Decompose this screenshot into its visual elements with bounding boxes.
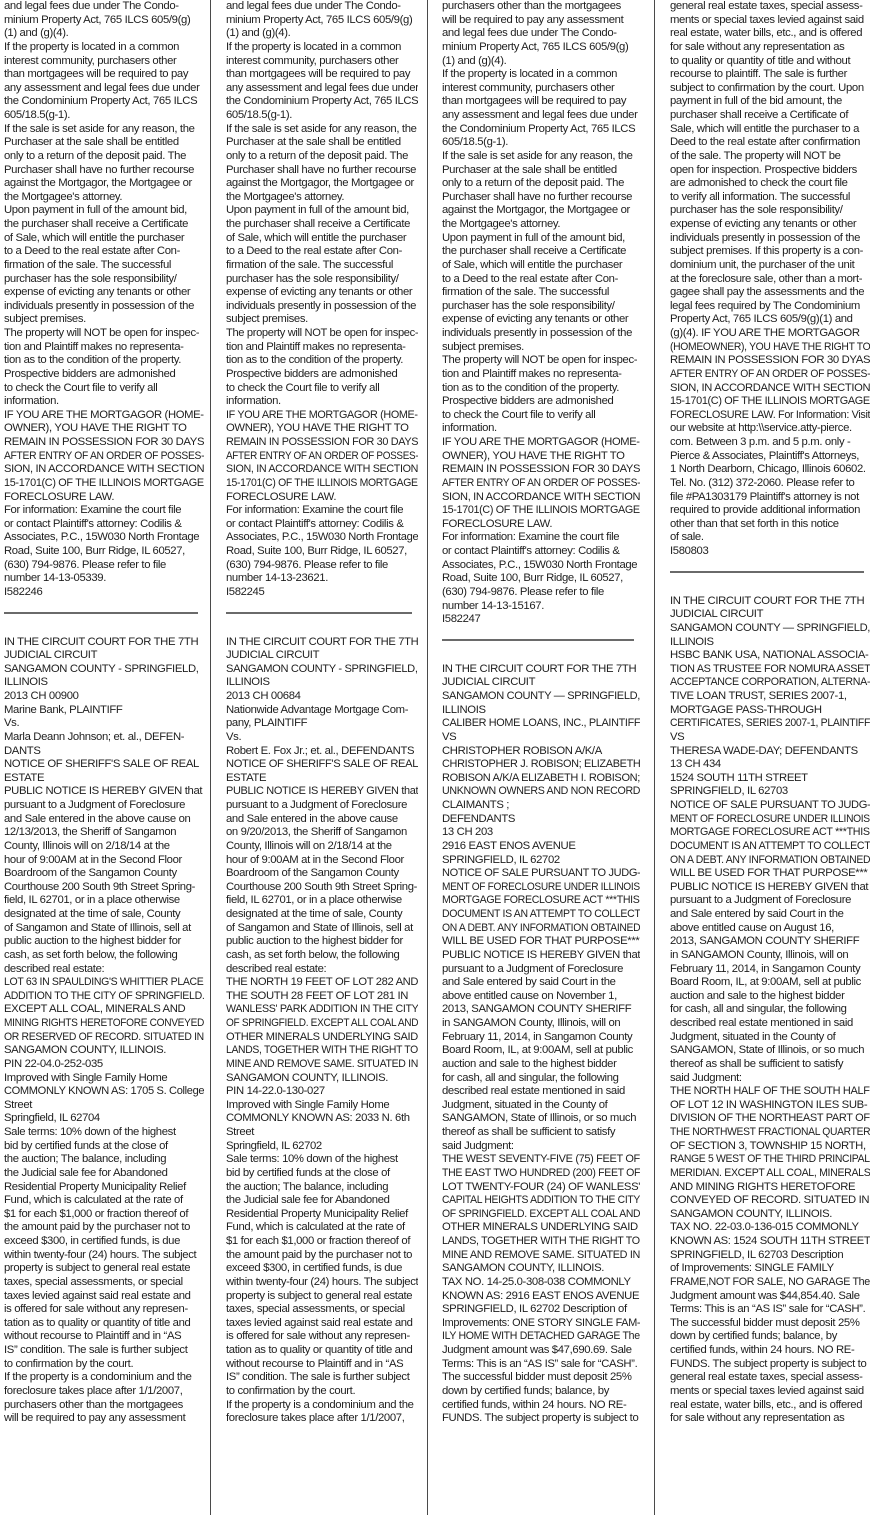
notice-text-line: MORTGAGE FORECLOSURE ACT ***THIS xyxy=(670,826,860,840)
notice-separator xyxy=(226,612,412,614)
legal-notice: IN THE CIRCUIT COURT FOR THE 7THJUDICIAL… xyxy=(4,636,204,1426)
notice-text-line: UNKNOWN OWNERS AND NON RECORD xyxy=(442,785,629,799)
notice-text-line: If the sale is set aside for any reason,… xyxy=(442,150,640,164)
notice-text-line: and legal fees due under The Condo- xyxy=(226,0,418,14)
notice-text-line: auction and sale to the highest bidder xyxy=(670,990,870,1004)
notice-text-line: If the sale is set aside for any reason,… xyxy=(4,123,204,137)
notice-text-line: $1 for each $1,000 or fraction thereof o… xyxy=(4,1208,204,1222)
notice-text-line: Sale terms: 10% down of the highest xyxy=(226,1153,418,1167)
notice-text-line: MORTGAGE PASS-THROUGH xyxy=(670,704,870,718)
notice-text-line: Judgment amount was $47,690.69. Sale xyxy=(442,1344,640,1358)
notice-text-line: or contact Plaintiff's attorney: Codilis… xyxy=(226,518,418,532)
notice-text-line: SION, IN ACCORDANCE WITH SECTION xyxy=(670,382,868,396)
notice-text-line: ON A DEBT. ANY INFORMATION OBTAINED xyxy=(670,854,855,868)
notice-text-line: field, IL 62701, or in a place otherwise xyxy=(4,894,204,908)
notice-text-line: CLAIMANTS ; xyxy=(442,799,640,813)
notice-text-line: pany, PLAINTIFF xyxy=(226,717,418,731)
notice-text-line: to verify all information. The successfu… xyxy=(670,191,870,205)
notice-text-line: FORECLOSURE LAW. xyxy=(442,518,640,532)
notice-text-line: If the property is located in a common xyxy=(226,41,418,55)
notice-text-line: KNOWN AS: 1524 SOUTH 11TH STREET xyxy=(670,1235,869,1249)
notice-text-line: Upon payment in full of the amount bid, xyxy=(226,204,418,218)
notice-text-line: FORECLOSURE LAW. For Information: Visit xyxy=(670,409,861,423)
notice-text-line: purchasers other than the mortgagees xyxy=(442,0,640,14)
notice-text-line: ments or special taxes levied against sa… xyxy=(670,14,870,28)
notice-text-line: file #PA1303179 Plaintiff's attorney is … xyxy=(670,491,870,505)
notice-text-line: OF SECTION 3, TOWNSHIP 15 NORTH, xyxy=(670,1140,870,1154)
notice-text-line: JUDICIAL CIRCUIT xyxy=(442,676,640,690)
column-4: general real estate taxes, special asses… xyxy=(670,0,870,1515)
notice-text-line: OR RESERVED OF RECORD. SITUATED IN xyxy=(4,1031,188,1045)
notice-text-line: DOCUMENT IS AN ATTEMPT TO COLLECT xyxy=(442,908,626,922)
notice-text-line: to confirmation by the court. xyxy=(4,1358,204,1372)
notice-text-line: minium Property Act, 765 ILCS 605/9(g) xyxy=(442,41,640,55)
notice-text-line: (630) 794-9876. Please refer to file xyxy=(442,586,640,600)
notice-text-line: said Judgment: xyxy=(670,1072,870,1086)
notice-text-line: purchaser has the sole responsibility/ xyxy=(670,204,870,218)
notice-text-line: SANGAMON COUNTY, ILLINOIS. xyxy=(4,1044,204,1058)
notice-text-line: dominium unit, the purchaser of the unit xyxy=(670,259,870,273)
notice-text-line: NOTICE OF SHERIFF'S SALE OF REAL xyxy=(4,758,204,772)
notice-text-line: above entitled cause on November 1, xyxy=(442,990,640,1004)
notice-text-line: FORECLOSURE LAW. xyxy=(226,491,418,505)
notice-text-line: Terms: This is an “AS IS” sale for “CASH… xyxy=(442,1358,640,1372)
notice-text-line: to a Deed to the real estate after Con- xyxy=(4,245,204,259)
notice-text-line: purchaser has the sole responsibility/ xyxy=(4,273,204,287)
notice-text-line: payment in full of the bid amount, the xyxy=(670,95,870,109)
notice-text-line: Residential Property Municipality Relief xyxy=(226,1208,418,1222)
notice-text-line: any assessment and legal fees due under xyxy=(4,82,204,96)
notice-text-line: the amount paid by the purchaser not to xyxy=(4,1221,204,1235)
notice-text-line: OWNER), YOU HAVE THE RIGHT TO xyxy=(4,422,204,436)
notice-text-line: the purchaser shall receive a Certificat… xyxy=(226,218,418,232)
notice-text-line: Vs. xyxy=(226,731,418,745)
notice-text-line: individuals presently in possession of t… xyxy=(442,327,640,341)
notice-text-line: JUDICIAL CIRCUIT xyxy=(670,608,870,622)
notice-text-line: thereof as shall be sufficient to satisf… xyxy=(670,1058,870,1072)
notice-text-line: taxes, special assessments, or special xyxy=(226,1303,418,1317)
notice-text-line: DOCUMENT IS AN ATTEMPT TO COLLECT xyxy=(670,840,858,854)
notice-text-line: Tel. No. (312) 372-2060. Please refer to xyxy=(670,477,870,491)
notice-text-line: OWNER), YOU HAVE THE RIGHT TO xyxy=(442,450,640,464)
notice-text-line: without recourse to Plaintiff and in “AS xyxy=(4,1330,204,1344)
notice-text-line: individuals presently in possession of t… xyxy=(4,300,204,314)
column-rule xyxy=(427,0,428,1515)
notice-text-line: tion as to the condition of the property… xyxy=(442,382,640,396)
notice-text-line: Prospective bidders are admonished xyxy=(4,368,204,382)
notice-text-line: County, Illinois will on 2/18/14 at the xyxy=(226,840,418,854)
notice-text-line: the Condominium Property Act, 765 ILCS xyxy=(442,123,640,137)
notice-text-line: LOT 63 IN SPAULDING'S WHITTIER PLACE xyxy=(4,976,190,990)
notice-text-line: WILL BE USED FOR THAT PURPOSE*** xyxy=(442,935,640,949)
notice-text-line: 13 CH 203 xyxy=(442,826,640,840)
notice-text-line: ILLINOIS xyxy=(4,676,204,690)
notice-text-line: ESTATE xyxy=(226,772,418,786)
notice-text-line: firmation of the sale. The successful xyxy=(442,286,640,300)
notice-text-line: firmation of the sale. The successful xyxy=(4,259,204,273)
notice-text-line: the purchaser shall receive a Certificat… xyxy=(442,245,640,259)
notice-text-line: MORTGAGE FORECLOSURE ACT ***THIS xyxy=(442,894,628,908)
notice-text-line: legal fees required by The Condominium xyxy=(670,300,870,314)
column-rule xyxy=(210,0,211,1515)
notice-text-line: Prospective bidders are admonished xyxy=(442,395,640,409)
notice-text-line: any assessment and legal fees due under xyxy=(442,109,640,123)
notice-text-line: subject premises. xyxy=(226,313,418,327)
notice-text-line: OF SPRINGFIELD. EXCEPT ALL COAL AND xyxy=(442,1208,624,1222)
notice-text-line: I582245 xyxy=(226,586,418,600)
notice-text-line: MERIDIAN. EXCEPT ALL COAL, MINERALS xyxy=(670,1167,857,1181)
notice-text-line: interest community, purchasers other xyxy=(226,55,418,69)
notice-text-line: NOTICE OF SALE PURSUANT TO JUDG- xyxy=(442,867,635,881)
notice-text-line: hour of 9:00AM at in the Second Floor xyxy=(226,854,418,868)
notice-text-line: AFTER ENTRY OF AN ORDER OF POSSES- xyxy=(4,450,187,464)
notice-text-line: tion and Plaintiff makes no representa- xyxy=(226,341,418,355)
notice-text-line: 2013, SANGAMON COUNTY SHERIFF xyxy=(670,935,870,949)
notice-text-line: of Sale, which will entitle the purchase… xyxy=(226,232,418,246)
notice-text-line: public auction to the highest bidder for xyxy=(4,935,204,949)
notice-text-line: SPRINGFIELD, IL 62702 Description of xyxy=(442,1303,640,1317)
notice-text-line: pursuant to a Judgment of Foreclosure xyxy=(670,894,870,908)
legal-notice: IN THE CIRCUIT COURT FOR THE 7THJUDICIAL… xyxy=(670,595,870,1426)
notice-text-line: purchasers other than the mortgagees xyxy=(4,1399,204,1413)
notice-separator xyxy=(4,612,198,614)
legal-notice-continued: general real estate taxes, special asses… xyxy=(670,0,870,559)
notice-text-line: individuals presently in possession of t… xyxy=(226,300,418,314)
notice-text-line: AFTER ENTRY OF AN ORDER OF POSSES- xyxy=(442,477,621,491)
notice-text-line: If the property is a condominium and the xyxy=(226,1399,418,1413)
notice-text-line: Road, Suite 100, Burr Ridge, IL 60527, xyxy=(226,545,418,559)
notice-text-line: against the Mortgagor, the Mortgagee or xyxy=(442,204,640,218)
notice-text-line: TION AS TRUSTEE FOR NOMURA ASSET xyxy=(670,663,862,677)
notice-text-line: individuals presently in possession of t… xyxy=(670,232,870,246)
notice-text-line: OF SPRINGFIELD. EXCEPT ALL COAL AND xyxy=(226,1017,397,1031)
notice-text-line: PUBLIC NOTICE IS HEREBY GIVEN that xyxy=(226,785,412,799)
notice-text-line: purchaser shall receive a Certificate of xyxy=(670,109,870,123)
notice-text-line: SPRINGFIELD, IL 62703 Description xyxy=(670,1249,870,1263)
notice-text-line: PUBLIC NOTICE IS HEREBY GIVEN that xyxy=(670,881,870,895)
notice-text-line: NOTICE OF SALE PURSUANT TO JUDG- xyxy=(670,799,867,813)
notice-text-line: I580803 xyxy=(670,545,870,559)
notice-text-line: FUNDS. The subject property is subject t… xyxy=(442,1412,640,1426)
notice-text-line: CAPITAL HEIGHTS ADDITION TO THE CITY xyxy=(442,1194,624,1208)
notice-text-line: the Mortgagee's attorney. xyxy=(4,191,204,205)
notice-text-line: tion as to the condition of the property… xyxy=(226,354,418,368)
notice-text-line: Associates, P.C., 15W030 North Frontage xyxy=(226,531,415,545)
notice-text-line: only to a return of the deposit paid. Th… xyxy=(226,150,418,164)
notice-text-line: and Sale entered by said Court in the xyxy=(442,976,640,990)
notice-text-line: ILLINOIS xyxy=(226,676,418,690)
notice-text-line: DANTS xyxy=(4,745,204,759)
notice-text-line: is offered for sale without any represen… xyxy=(226,1330,418,1344)
notice-text-line: 1524 SOUTH 11TH STREET xyxy=(670,772,870,786)
notice-text-line: SANGAMON COUNTY - SPRINGFIELD, xyxy=(4,663,204,677)
notice-text-line: IN THE CIRCUIT COURT FOR THE 7TH xyxy=(670,595,870,609)
notice-text-line: and legal fees due under The Condo- xyxy=(442,27,640,41)
notice-text-line: ILY HOME WITH DETACHED GARAGE The xyxy=(442,1330,627,1344)
notice-text-line: JUDICIAL CIRCUIT xyxy=(4,649,204,663)
notice-text-line: CERTIFICATES, SERIES 2007-1, PLAINTIFF xyxy=(670,717,855,731)
legal-notice: IN THE CIRCUIT COURT FOR THE 7THJUDICIAL… xyxy=(442,663,640,1426)
notice-text-line: for sale without any representation as xyxy=(670,41,870,55)
notice-text-line: the Condominium Property Act, 765 ILCS xyxy=(226,95,417,109)
notice-text-line: 15-1701(C) OF THE ILLINOIS MORTGAGE xyxy=(226,477,403,491)
notice-text-line: in SANGAMON County, Illinois, will on xyxy=(670,949,870,963)
notice-text-line: MINING RIGHTS HERETOFORE CONVEYED xyxy=(4,1017,183,1031)
notice-text-line: taxes, special assessments, or special xyxy=(4,1276,204,1290)
notice-text-line: 2013 CH 00684 xyxy=(226,690,418,704)
notice-text-line: for sale without any representation as xyxy=(670,1412,870,1426)
notice-text-line: within twenty-four (24) hours. The subje… xyxy=(4,1249,204,1263)
notice-text-line: THE NORTH HALF OF THE SOUTH HALF xyxy=(670,1085,864,1099)
notice-text-line: any assessment and legal fees due under xyxy=(226,82,415,96)
notice-text-line: LANDS, TOGETHER WITH THE RIGHT TO xyxy=(226,1044,402,1058)
notice-text-line: OTHER MINERALS UNDERLYING SAID xyxy=(442,1221,640,1235)
notice-text-line: property is subject to general real esta… xyxy=(226,1290,418,1304)
notice-text-line: ROBISON A/K/A ELIZABETH I. ROBISON; xyxy=(442,772,635,786)
notice-text-line: County, Illinois will on 2/18/14 at the xyxy=(4,840,204,854)
notice-text-line: bid by certified funds at the close of xyxy=(4,1140,204,1154)
notice-text-line: tion and Plaintiff makes no representa- xyxy=(442,368,640,382)
notice-text-line: subject premises. xyxy=(4,313,204,327)
notice-text-line: Purchaser shall have no further recourse xyxy=(442,191,640,205)
notice-text-line: are admonished to check the court file xyxy=(670,177,870,191)
notice-text-line: of the sale. The property will NOT be xyxy=(670,150,870,164)
notice-text-line: pursuant to a Judgment of Foreclosure xyxy=(442,963,640,977)
notice-text-line: or contact Plaintiff's attorney: Codilis… xyxy=(442,545,640,559)
notice-text-line: SANGAMON COUNTY, ILLINOIS. xyxy=(226,1072,418,1086)
notice-text-line: against the Mortgagor, the Mortgagee or xyxy=(4,177,204,191)
notice-text-line: information. xyxy=(226,395,418,409)
notice-text-line: SION, IN ACCORDANCE WITH SECTION xyxy=(442,491,636,505)
notice-text-line: against the Mortgagor, the Mortgagee or xyxy=(226,177,418,191)
notice-text-line: Springfield, IL 62702 xyxy=(226,1140,418,1154)
notice-text-line: Purchaser at the sale shall be entitled xyxy=(4,136,204,150)
notice-text-line: Springfield, IL 62704 xyxy=(4,1112,204,1126)
notice-text-line: at the foreclosure sale, other than a mo… xyxy=(670,273,870,287)
notice-text-line: Deed to the real estate after confirmati… xyxy=(670,136,870,150)
notice-text-line: IN THE CIRCUIT COURT FOR THE 7TH xyxy=(442,663,640,677)
notice-separator xyxy=(670,571,864,573)
notice-text-line: described real estate mentioned in said xyxy=(442,1085,640,1099)
notice-text-line: the auction; The balance, including xyxy=(4,1153,204,1167)
notice-text-line: 13 CH 434 xyxy=(670,758,870,772)
notice-text-line: field, IL 62701, or in a place otherwise xyxy=(226,894,418,908)
notice-text-line: AND MINING RIGHTS HERETOFORE xyxy=(670,1181,870,1195)
legal-notice-continued: and legal fees due under The Condo-miniu… xyxy=(226,0,418,600)
notice-text-line: THE EAST TWO HUNDRED (200) FEET OF xyxy=(442,1167,627,1181)
notice-text-line: THE NORTH 19 FEET OF LOT 282 AND xyxy=(226,976,416,990)
notice-text-line: IF YOU ARE THE MORTGAGOR (HOME- xyxy=(226,409,409,423)
notice-text-line: Upon payment in full of the amount bid, xyxy=(4,204,204,218)
notice-text-line: Judgment, situated in the County of xyxy=(670,1031,870,1045)
notice-text-line: of Sale, which will entitle the purchase… xyxy=(442,259,640,273)
notice-text-line: tation as to quality or quantity of titl… xyxy=(226,1344,418,1358)
notice-text-line: and Sale entered in the above cause xyxy=(226,813,418,827)
notice-text-line: ADDITION TO THE CITY OF SPRINGFIELD. xyxy=(4,990,191,1004)
notice-text-line: described real estate: xyxy=(4,963,204,977)
notice-text-line: subject premises. If this property is a … xyxy=(670,245,870,259)
notice-text-line: If the property is located in a common xyxy=(4,41,204,55)
notice-text-line: Improved with Single Family Home xyxy=(226,1099,418,1113)
notice-text-line: Fund, which is calculated at the rate of xyxy=(4,1194,204,1208)
notice-text-line: subject premises. xyxy=(442,341,640,355)
notice-separator xyxy=(442,639,634,641)
notice-text-line: IF YOU ARE THE MORTGAGOR (HOME- xyxy=(4,409,203,423)
notice-text-line: TAX NO. 22-03.0-136-015 COMMONLY xyxy=(670,1221,870,1235)
notice-text-line: REMAIN IN POSSESSION FOR 30 DAYS xyxy=(4,436,204,450)
notice-text-line: to a Deed to the real estate after Con- xyxy=(226,245,418,259)
notice-text-line: and legal fees due under The Condo- xyxy=(4,0,204,14)
notice-text-line: public auction to the highest bidder for xyxy=(226,935,418,949)
notice-text-line: FUNDS. The subject property is subject t… xyxy=(670,1358,870,1372)
notice-text-line: the Judicial sale fee for Abandoned xyxy=(4,1167,204,1181)
notice-text-line: Purchaser shall have no further recourse xyxy=(4,164,204,178)
notice-text-line: KNOWN AS: 2916 EAST ENOS AVENUE xyxy=(442,1290,640,1304)
notice-text-line: the Condominium Property Act, 765 ILCS xyxy=(4,95,204,109)
notice-text-line: foreclosure takes place after 1/1/2007, xyxy=(226,1412,418,1426)
notice-text-line: the Mortgagee's attorney. xyxy=(226,191,418,205)
notice-text-line: Sale, which will entitle the purchaser t… xyxy=(670,123,870,137)
notice-text-line: 605/18.5(g-1). xyxy=(4,109,204,123)
column-rule xyxy=(654,0,655,1515)
legal-notice: IN THE CIRCUIT COURT FOR THE 7THJUDICIAL… xyxy=(226,636,418,1426)
notice-text-line: CALIBER HOME LOANS, INC., PLAINTIFF xyxy=(442,717,632,731)
notice-text-line: THE NORTHWEST FRACTIONAL QUARTER xyxy=(670,1126,853,1140)
notice-text-line: expense of evicting any tenants or other xyxy=(442,313,640,327)
notice-text-line: MINE AND REMOVE SAME. SITUATED IN xyxy=(226,1058,405,1072)
notice-text-line: only to a return of the deposit paid. Th… xyxy=(4,150,204,164)
notice-text-line: THERESA WADE-DAY; DEFENDANTS xyxy=(670,745,870,759)
notice-text-line: Boardroom of the Sangamon County xyxy=(4,867,204,881)
notice-text-line: than mortgagees will be required to pay xyxy=(442,95,640,109)
notice-text-line: gagee shall pay the assessments and the xyxy=(670,286,870,300)
notice-text-line: to quality or quantity of title and with… xyxy=(670,55,870,69)
notice-text-line: MINE AND REMOVE SAME. SITUATED IN xyxy=(442,1249,632,1263)
notice-text-line: JUDICIAL CIRCUIT xyxy=(226,649,418,663)
notice-text-line: open for inspection. Prospective bidders xyxy=(670,164,870,178)
notice-text-line: TAX NO. 14-25.0-308-038 COMMONLY xyxy=(442,1276,640,1290)
notice-text-line: the purchaser shall receive a Certificat… xyxy=(4,218,204,232)
notice-text-line: 15-1701(C) OF THE ILLINOIS MORTGAGE xyxy=(442,504,630,518)
notice-text-line: expense of evicting any tenants or other xyxy=(4,286,204,300)
notice-text-line: SANGAMON COUNTY, ILLINOIS. xyxy=(670,1208,870,1222)
notice-text-line: IF YOU ARE THE MORTGAGOR (HOME- xyxy=(442,436,637,450)
notice-text-line: NOTICE OF SHERIFF'S SALE OF REAL xyxy=(226,758,415,772)
notice-text-line: THE SOUTH 28 FEET OF LOT 281 IN xyxy=(226,990,418,1004)
notice-text-line: EXCEPT ALL COAL, MINERALS AND xyxy=(4,1003,204,1017)
notice-text-line: 15-1701(C) OF THE ILLINOIS MORTGAGE xyxy=(670,395,862,409)
notice-text-line: interest community, purchasers other xyxy=(4,55,204,69)
notice-text-line: (1) and (g)(4). xyxy=(442,55,640,69)
notice-text-line: Courthouse 200 South 9th Street Spring- xyxy=(226,881,418,895)
notice-text-line: If the property is a condominium and the xyxy=(4,1371,204,1385)
notice-text-line: than mortgagees will be required to pay xyxy=(4,68,204,82)
notice-text-line: to a Deed to the real estate after Con- xyxy=(442,273,640,287)
notice-text-line: taxes levied against said real estate an… xyxy=(4,1290,204,1304)
notice-text-line: 15-1701(C) OF THE ILLINOIS MORTGAGE xyxy=(4,477,196,491)
notice-text-line: Vs. xyxy=(4,717,204,731)
notice-text-line: Associates, P.C., 15W030 North Frontage xyxy=(4,531,204,545)
notice-text-line: minium Property Act, 765 ILCS 605/9(g) xyxy=(226,14,418,28)
notice-text-line: Residential Property Municipality Relief xyxy=(4,1181,204,1195)
notice-text-line: the Judicial sale fee for Abandoned xyxy=(226,1194,418,1208)
notice-text-line: of Sale, which will entitle the purchase… xyxy=(4,232,204,246)
notice-text-line: tion as to the condition of the property… xyxy=(4,354,204,368)
notice-text-line: Fund, which is calculated at the rate of xyxy=(226,1221,418,1235)
notice-text-line: and Sale entered in the above cause on xyxy=(4,813,204,827)
notice-text-line: our website at http:\\service.atty-pierc… xyxy=(670,422,870,436)
notice-text-line: the amount paid by the purchaser not to xyxy=(226,1249,418,1263)
column-3: purchasers other than the mortgageeswill… xyxy=(442,0,640,1515)
notice-text-line: Property Act, 765 ILCS 605/9(g)(1) and xyxy=(670,313,870,327)
notice-text-line: general real estate taxes, special asses… xyxy=(670,0,870,14)
notice-text-line: February 11, 2014, in Sangamon County xyxy=(442,1031,640,1045)
notice-text-line: foreclosure takes place after 1/1/2007, xyxy=(4,1385,204,1399)
notice-text-line: firmation of the sale. The successful xyxy=(226,259,418,273)
notice-text-line: and Sale entered by said Court in the xyxy=(670,908,870,922)
notice-text-line: For information: Examine the court file xyxy=(442,531,640,545)
notice-text-line: certified funds, within 24 hours. NO RE- xyxy=(670,1344,870,1358)
notice-text-line: REMAIN IN POSSESSION FOR 30 DYAS xyxy=(670,354,870,368)
notice-text-line: number 14-13-05339. xyxy=(4,572,204,586)
notice-text-line: (630) 794-9876. Please refer to file xyxy=(4,559,204,573)
notice-text-line: exceed $300, in certified funds, is due xyxy=(226,1262,418,1276)
legal-notice-continued: and legal fees due under The Condo-miniu… xyxy=(4,0,204,600)
notice-text-line: 2916 EAST ENOS AVENUE xyxy=(442,840,640,854)
notice-text-line: If the property is located in a common xyxy=(442,68,640,82)
notice-text-line: required to provide additional informati… xyxy=(670,504,870,518)
notice-text-line: 12/13/2013, the Sheriff of Sangamon xyxy=(4,826,204,840)
notice-text-line: SANGAMON COUNTY, ILLINOIS. xyxy=(442,1262,640,1276)
notice-text-line: Nationwide Advantage Mortgage Com- xyxy=(226,704,418,718)
notice-text-line: designated at the time of sale, County xyxy=(226,908,418,922)
notice-text-line: I582246 xyxy=(4,586,204,600)
notice-text-line: auction and sale to the highest bidder xyxy=(442,1058,640,1072)
notice-text-line: is offered for sale without any represen… xyxy=(4,1303,204,1317)
notice-text-line: (630) 794-9876. Please refer to file xyxy=(226,559,418,573)
notice-text-line: number 14-13-15167. xyxy=(442,600,640,614)
notice-text-line: subject to confirmation by the court. Up… xyxy=(670,82,870,96)
notice-text-line: Sale terms: 10% down of the highest xyxy=(4,1126,204,1140)
notice-text-line: cash, as set forth below, the following xyxy=(4,949,204,963)
notice-text-line: without recourse to Plaintiff and in “AS xyxy=(226,1358,418,1372)
notice-text-line: COMMONLY KNOWN AS: 1705 S. College xyxy=(4,1085,200,1099)
notice-text-line: ON A DEBT. ANY INFORMATION OBTAINED xyxy=(442,922,624,936)
notice-text-line: I582247 xyxy=(442,613,640,627)
notice-text-line: MENT OF FORECLOSURE UNDER ILLINOIS xyxy=(442,881,619,895)
notice-text-line: real estate, water bills, etc., and is o… xyxy=(670,1399,870,1413)
notice-text-line: WILL BE USED FOR THAT PURPOSE*** xyxy=(670,867,870,881)
notice-text-line: Street xyxy=(4,1099,204,1113)
notice-text-line: VS xyxy=(442,731,640,745)
notice-text-line: Improved with Single Family Home xyxy=(4,1072,204,1086)
notice-text-line: (g)(4). IF YOU ARE THE MORTGAGOR xyxy=(670,327,870,341)
notice-text-line: pursuant to a Judgment of Foreclosure xyxy=(4,799,204,813)
notice-text-line: expense of evicting any tenants or other xyxy=(670,218,870,232)
notice-text-line: 605/18.5(g-1). xyxy=(442,136,640,150)
notice-text-line: in SANGAMON County, Illinois, will on xyxy=(442,1017,640,1031)
notice-text-line: SANGAMON, State of Illinois, or so much xyxy=(442,1112,640,1126)
notice-text-line: ILLINOIS xyxy=(670,636,870,650)
notice-text-line: The successful bidder must deposit 25% xyxy=(670,1317,870,1331)
notice-text-line: Board Room, IL, at 9:00AM, sell at publi… xyxy=(442,1044,640,1058)
notice-text-line: The successful bidder must deposit 25% xyxy=(442,1371,640,1385)
notice-text-line: or contact Plaintiff's attorney: Codilis… xyxy=(4,518,204,532)
notice-text-line: FRAME,NOT FOR SALE, NO GARAGE The xyxy=(670,1276,860,1290)
notice-text-line: to check the Court file to verify all xyxy=(226,382,418,396)
notice-text-line: 605/18.5(g-1). xyxy=(226,109,418,123)
notice-text-line: ESTATE xyxy=(4,772,204,786)
